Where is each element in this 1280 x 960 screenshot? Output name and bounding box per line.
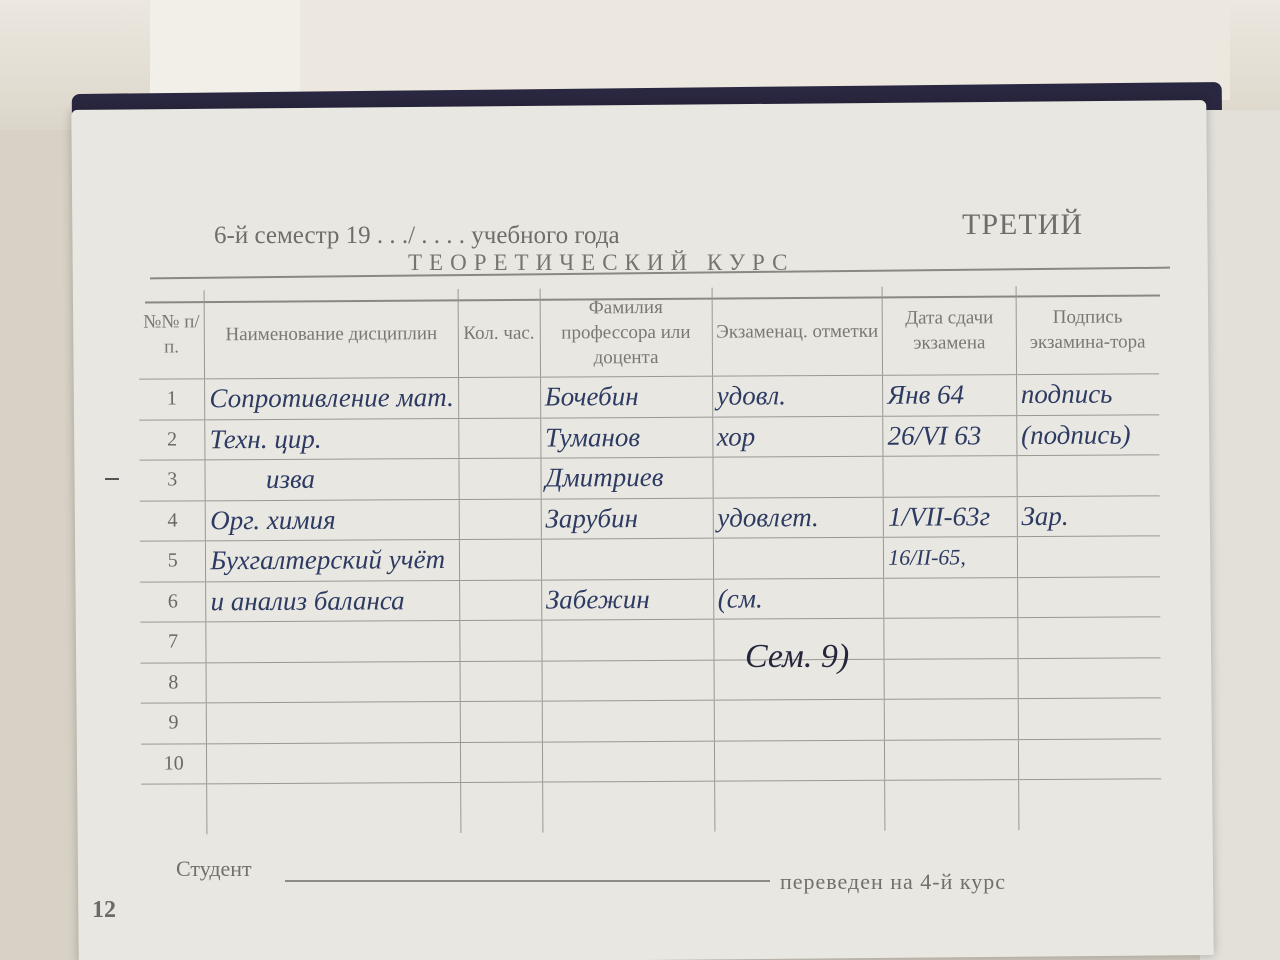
- mark-cell: [712, 456, 883, 497]
- hours-cell: [459, 539, 541, 580]
- mark-cell: [714, 699, 885, 740]
- discipline-cell: изва: [205, 459, 458, 501]
- professor-cell: [542, 660, 714, 701]
- handwritten-note: Сем. 9): [745, 638, 849, 676]
- table-row: 10: [141, 738, 1161, 784]
- mark-cell: [714, 740, 885, 781]
- row-number: 1: [139, 379, 205, 420]
- row-number: 4: [140, 500, 206, 541]
- column-header-date: Дата сдачи экзамена: [882, 286, 1016, 375]
- table-header-row: №№ п/п. Наименование дисциплин Кол. час.…: [139, 285, 1159, 379]
- blank-cell: [885, 780, 1019, 831]
- table-row: 5 Бухгалтерский учёт 16/II-65,: [140, 536, 1160, 582]
- signature-cell: Зар.: [1017, 495, 1160, 536]
- date-cell: [885, 699, 1019, 740]
- row-number: 7: [140, 622, 206, 663]
- semester-line: 6-й семестр 19 . . ./ . . . . учебного г…: [214, 222, 620, 250]
- date-cell: 26/VI 63: [883, 415, 1017, 456]
- hours-cell: [459, 620, 541, 661]
- page-number: 12: [92, 897, 116, 924]
- table-row: 1 Сопротивление мат. Бочебин удовл. Янв …: [139, 374, 1159, 420]
- blank-cell: [714, 780, 885, 831]
- column-header-label: №№ п/п.: [143, 311, 200, 357]
- signature-cell: [1018, 738, 1161, 779]
- professor-cell: Забежин: [541, 579, 713, 620]
- student-name-line: [285, 880, 770, 882]
- professor-cell: Дмитриев: [541, 457, 713, 498]
- mark-cell: удовл.: [712, 375, 883, 416]
- row-number: 2: [139, 419, 205, 460]
- column-header-label: Экзаменац. отметки: [716, 320, 878, 342]
- pencil-mark: [105, 478, 119, 480]
- signature-cell: [1018, 657, 1161, 698]
- row-number: 8: [141, 662, 207, 703]
- date-cell: [883, 456, 1017, 497]
- column-header-mark: Экзаменац. отметки: [712, 287, 883, 376]
- table-row: 2 Техн. цир. Туманов хор 26/VI 63 (подпи…: [139, 414, 1159, 460]
- grades-table: №№ п/п. Наименование дисциплин Кол. час.…: [139, 285, 1162, 834]
- date-cell: [885, 739, 1019, 780]
- student-label: Студент: [176, 856, 252, 882]
- hours-cell: [460, 742, 542, 783]
- column-header-discipline: Наименование дисциплин: [204, 289, 458, 379]
- table-row: 3 изва Дмитриев: [139, 455, 1159, 501]
- professor-cell: Зарубин: [541, 498, 713, 539]
- professor-cell: [542, 700, 714, 741]
- signature-cell: [1017, 576, 1160, 617]
- blank-cell: [460, 782, 542, 833]
- mark-cell: удовлет.: [713, 497, 884, 538]
- date-cell: [884, 658, 1018, 699]
- column-header-label: Наименование дисциплин: [225, 323, 437, 345]
- row-number: 5: [140, 541, 206, 582]
- row-number-blank: [141, 784, 207, 835]
- row-number: 9: [141, 703, 207, 744]
- table-row: 6 и анализ баланса Забежин (см.: [140, 576, 1160, 622]
- mark-cell: хор: [712, 416, 883, 457]
- professor-cell: Бочебин: [540, 376, 712, 417]
- column-header-label: Кол. час.: [463, 322, 534, 343]
- column-header-label: Фамилия профессора или доцента: [561, 296, 690, 367]
- signature-cell: [1017, 536, 1160, 577]
- table-row: 9: [141, 698, 1161, 744]
- date-cell: [884, 618, 1018, 659]
- column-header-label: Дата сдачи экзамена: [905, 307, 993, 353]
- background-left: [0, 130, 80, 960]
- discipline-cell: [207, 742, 460, 784]
- professor-cell: [541, 538, 713, 579]
- date-cell: Янв 64: [883, 375, 1017, 416]
- signature-cell: (подпись): [1016, 414, 1159, 455]
- column-header-label: Подпись экзамина-тора: [1030, 307, 1146, 353]
- column-header-hours: Кол. час.: [458, 289, 541, 378]
- date-cell: 1/VII-63г: [883, 496, 1017, 537]
- course-year-label: ТРЕТИЙ: [962, 208, 1083, 242]
- discipline-cell: [206, 661, 459, 703]
- discipline-cell: Бухгалтерский учёт: [206, 539, 459, 581]
- discipline-cell: [206, 620, 459, 662]
- column-header-professor: Фамилия профессора или доцента: [540, 288, 712, 377]
- blank-cell: [1018, 779, 1161, 830]
- signature-cell: [1018, 617, 1161, 658]
- professor-cell: Туманов: [540, 417, 712, 458]
- professor-cell: [542, 741, 714, 782]
- hours-cell: [460, 661, 542, 702]
- table-row: 8: [141, 657, 1161, 703]
- discipline-cell: Техн. цир.: [205, 418, 458, 460]
- row-number: 6: [140, 581, 206, 622]
- row-number: 3: [139, 460, 205, 501]
- hours-cell: [459, 580, 541, 621]
- table-row-blank: [141, 779, 1161, 835]
- section-title: ТЕОРЕТИЧЕСКИЙ КУРС: [408, 250, 794, 276]
- transfer-text: переведен на 4-й курс: [780, 869, 1006, 895]
- table-row: 7: [140, 617, 1160, 663]
- discipline-cell: Орг. химия: [206, 499, 459, 541]
- signature-cell: [1018, 698, 1161, 739]
- discipline-cell: Сопротивление мат.: [205, 378, 458, 420]
- date-cell: 16/II-65,: [884, 537, 1018, 578]
- hours-cell: [459, 499, 541, 540]
- row-number: 10: [141, 743, 207, 784]
- column-header-number: №№ п/п.: [139, 290, 205, 379]
- hours-cell: [460, 701, 542, 742]
- hours-cell: [459, 458, 541, 499]
- signature-cell: подпись: [1016, 374, 1159, 415]
- blank-cell: [542, 781, 714, 832]
- table-row: 4 Орг. химия Зарубин удовлет. 1/VII-63г …: [140, 495, 1160, 541]
- mark-cell: [713, 537, 884, 578]
- mark-cell: (см.: [713, 578, 884, 619]
- background-paper-sheet: [150, 0, 301, 95]
- blank-cell: [207, 782, 461, 834]
- column-header-signature: Подпись экзамина-тора: [1016, 285, 1159, 374]
- professor-cell: [542, 619, 714, 660]
- date-cell: [884, 577, 1018, 618]
- discipline-cell: и анализ баланса: [206, 580, 459, 622]
- hours-cell: [458, 418, 540, 459]
- signature-cell: [1017, 455, 1160, 496]
- discipline-cell: [207, 701, 460, 743]
- hours-cell: [458, 377, 540, 418]
